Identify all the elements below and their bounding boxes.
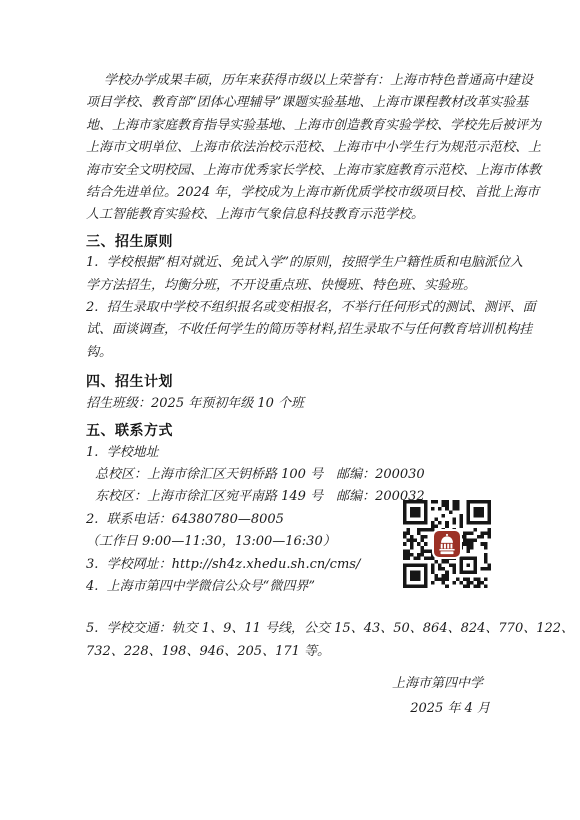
principles-line: 试、面谈调查，不收任何学生的简历等材料,招生录取不与任何教育培训机构挂 (86, 319, 498, 341)
intro-line: 地、上海市家庭教育指导实验基地、上海市创造教育实验学校、学校先后被评为 (86, 115, 498, 137)
principles-line: 钩。 (86, 342, 498, 364)
principles-line: 学方法招生，均衡分班，不开设重点班、快慢班、特色班、实验班。 (86, 275, 498, 297)
intro-line: 海市安全文明校园、上海市优秀家长学校、上海市家庭教育示范校、上海市体教 (86, 160, 498, 182)
section-heading-principles: 三、招生原则 (86, 230, 498, 252)
wechat-qr-code (402, 500, 492, 588)
contact-line-main-campus: 总校区：上海市徐汇区天钥桥路 100 号 邮编：200030 (86, 464, 498, 486)
signature-school-name: 上海市第四中学 (86, 673, 498, 695)
intro-line: 学校办学成果丰硕，历年来获得市级以上荣誉有：上海市特色普通高中建设 (86, 70, 498, 92)
school-logo-icon (434, 531, 460, 557)
principles-line: 2. 招生录取中学校不组织报名或变相报名，不举行任何形式的测试、测评、面 (86, 297, 498, 319)
intro-line: 结合先进单位。2024 年，学校成为上海市新优质学校市级项目校、首批上海市 (86, 182, 498, 204)
principles-line: 1. 学校根据“相对就近、免试入学”的原则，按照学生户籍性质和电脑派位入 (86, 252, 498, 274)
contact-line-transport: 5. 学校交通：轨交 1、9、11 号线，公交 15、43、50、864、824… (86, 618, 498, 640)
document-page: 学校办学成果丰硕，历年来获得市级以上荣誉有：上海市特色普通高中建设 项目学校、教… (0, 0, 580, 820)
contact-line-address-title: 1. 学校地址 (86, 442, 498, 464)
section-heading-contact: 五、联系方式 (86, 419, 498, 441)
document-body: 学校办学成果丰硕，历年来获得市级以上荣誉有：上海市特色普通高中建设 项目学校、教… (86, 70, 498, 722)
intro-line: 上海市文明单位、上海市依法治校示范校、上海市中小学生行为规范示范校、上 (86, 137, 498, 159)
plan-line: 招生班级：2025 年预初年级 10 个班 (86, 393, 498, 415)
intro-line: 人工智能教育实验校、上海市气象信息科技教育示范学校。 (86, 204, 498, 226)
signature-date: 2025 年 4 月 (86, 696, 498, 722)
intro-line: 项目学校、教育部“团体心理辅导”课题实验基地、上海市课程教材改革实验基 (86, 92, 498, 114)
section-heading-plan: 四、招生计划 (86, 370, 498, 392)
contact-line-transport-cont: 732、228、198、946、205、171 等。 (86, 641, 498, 663)
